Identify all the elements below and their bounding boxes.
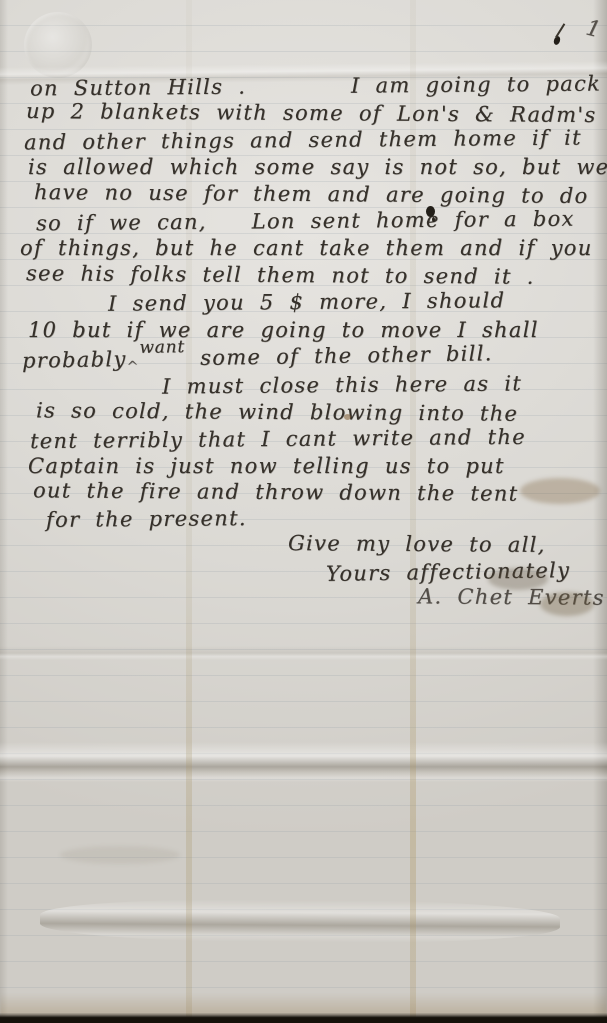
letter-line-1: on Sutton Hills . I am going to pack [30, 73, 601, 101]
letter-line-2: up 2 blankets with some of Lon's & Radm'… [26, 100, 597, 127]
vertical-fold-right [410, 0, 416, 1023]
inserted-word: want [139, 337, 185, 358]
letter-line-5: have no use for them and are going to do [34, 181, 589, 208]
letter-line-12: I must close this here as it [162, 372, 522, 398]
ink-blot [426, 206, 435, 217]
letter-line-17: for the present. [46, 507, 247, 532]
ink-blot [344, 414, 351, 420]
letter-line-10: 10 but if we are going to move I shall [28, 319, 539, 342]
bottom-scan-edge [0, 1013, 607, 1023]
left-edge-shadow [0, 0, 8, 1023]
insert-caret-mark: ^ [127, 359, 140, 375]
bottom-fold-stain [0, 993, 607, 1015]
scanned-letter-page: 1 on Sutton Hills . I am going to pack u… [0, 0, 607, 1023]
stain-smudge [520, 478, 600, 504]
letter-line-6: so if we can, Lon sent home for a box [36, 208, 575, 236]
letter-line-9: I send you 5 $ more, I should [108, 289, 505, 316]
letter-line-3: and other things and send them home if i… [24, 127, 582, 155]
stain-smudge [540, 592, 594, 616]
insert-line-pre: probably [22, 347, 127, 373]
stain-smudge [488, 568, 548, 590]
ink-blot [553, 35, 561, 45]
letter-line-4: is allowed which some say is not so, but… [28, 156, 607, 179]
letter-line-7: of things, but he cant take them and if … [20, 237, 593, 260]
main-horizontal-fold [0, 742, 607, 782]
mid-crease [0, 646, 607, 660]
letter-line-14: tent terribly that I cant write and the [30, 426, 526, 453]
letter-line-13: is so cold, the wind blowing into the [36, 399, 518, 425]
stain-smudge [60, 846, 180, 864]
right-edge-shadow [593, 0, 607, 1023]
letter-line-15: Captain is just now telling us to put [28, 455, 505, 478]
lower-horizontal-fold [40, 898, 560, 944]
insert-line-post: some of the other bill. [185, 341, 493, 370]
letter-line-16: out the fire and throw down the tent [33, 479, 519, 505]
closing-valediction-1: Give my love to all, [288, 532, 546, 557]
letter-line-11: probably^want some of the other bill. [22, 342, 493, 372]
letter-line-8: see his folks tell them not to send it . [26, 262, 535, 289]
